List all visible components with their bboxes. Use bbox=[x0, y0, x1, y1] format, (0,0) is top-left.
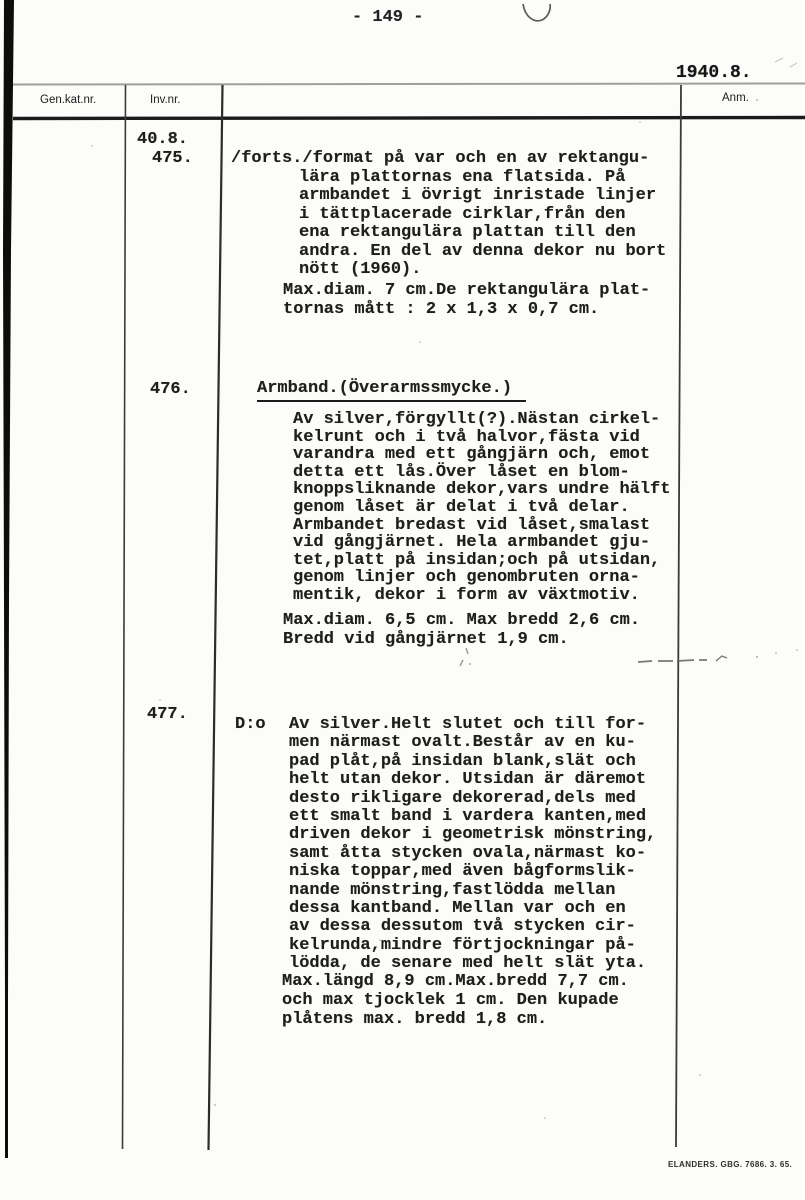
entry-475-inv-nr: 475. bbox=[152, 150, 193, 168]
printer-mark: ELANDERS. GBG. 7686. 3. 65. bbox=[668, 1160, 792, 1169]
ink-smudge bbox=[460, 648, 471, 666]
catalog-page: - 149 - 1940.8. Gen.kat.nr. Inv.nr. Anm.… bbox=[0, 0, 805, 1200]
column-header-anm: Anm. bbox=[722, 92, 749, 104]
entry-476-heading: Armband.(Överarmssmycke.) bbox=[257, 380, 526, 402]
entry-477-inv-nr: 477. bbox=[147, 706, 188, 724]
page-edge-bar bbox=[3, 0, 14, 1158]
entry-475-inv-prefix: 40.8. bbox=[137, 131, 188, 149]
column-header-gen-kat-nr: Gen.kat.nr. bbox=[40, 94, 96, 106]
entry-476-measurements: Max.diam. 6,5 cm. Max bredd 2,6 cm. Bred… bbox=[283, 611, 640, 649]
entry-477-body: Av silver.Helt slutet och till for- men … bbox=[289, 716, 656, 974]
entry-475-first-line: /forts./format på var och en av rektangu… bbox=[231, 150, 649, 168]
entry-476-inv-nr: 476. bbox=[150, 381, 191, 399]
column-header-inv-nr: Inv.nr. bbox=[150, 94, 180, 106]
entry-475-body: lära plattornas ena flatsida. På armband… bbox=[299, 169, 666, 279]
accession-year: 1940.8. bbox=[676, 63, 752, 83]
pencil-dashed-line bbox=[638, 656, 727, 662]
entry-477-measurements: Max.längd 8,9 cm.Max.bredd 7,7 cm. och m… bbox=[282, 972, 629, 1029]
entry-476-body: Av silver,förgyllt(?).Nästan cirkel- kel… bbox=[293, 411, 670, 605]
entry-477-ditto: D:o bbox=[235, 716, 266, 734]
entry-475-measurements: Max.diam. 7 cm.De rektangulära plat- tor… bbox=[283, 281, 650, 319]
handwritten-check-icon bbox=[523, 4, 550, 21]
page-number: - 149 - bbox=[352, 8, 423, 27]
